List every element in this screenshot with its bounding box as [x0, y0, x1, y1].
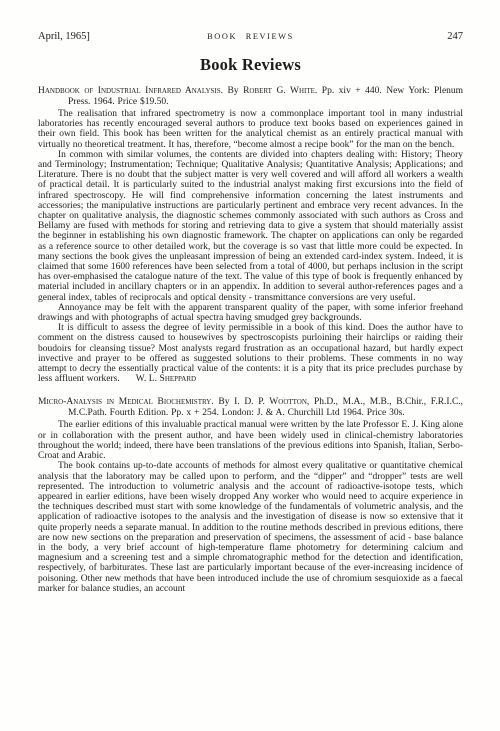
page-title: Book Reviews	[38, 55, 463, 75]
journal-page: April, 1965] BOOK REVIEWS 247 Book Revie…	[0, 0, 500, 731]
review-micro-analysis: Micro-Analysis in Medical Biochemistry. …	[38, 397, 463, 593]
review-paragraph: It is difficult to assess the degree of …	[38, 323, 463, 384]
review-paragraph: In common with similar volumes, the cont…	[38, 150, 463, 303]
byline-prefix: By	[228, 86, 239, 96]
review-infrared-handbook: Handbook of Industrial Infrared Analysis…	[38, 86, 463, 384]
header-issue-date: April, 1965]	[38, 31, 207, 43]
byline-prefix: By	[218, 397, 229, 407]
paragraph-text: It is difficult to assess the degree of …	[38, 323, 463, 384]
review-heading: Handbook of Industrial Infrared Analysis…	[38, 86, 463, 107]
running-header: April, 1965] BOOK REVIEWS 247	[38, 31, 463, 43]
review-paragraph: Annoyance may be felt with the apparent …	[38, 303, 463, 323]
header-page-number: 247	[294, 31, 463, 43]
review-paragraph: The book contains up-to-date accounts of…	[38, 461, 463, 594]
book-title: Handbook of Industrial Infrared Analysis…	[38, 86, 223, 96]
author-name: Robert G. White.	[243, 86, 317, 96]
review-paragraph: The earlier editions of this invaluable …	[38, 420, 463, 461]
review-heading: Micro-Analysis in Medical Biochemistry. …	[38, 397, 463, 418]
header-section-label: BOOK REVIEWS	[207, 31, 294, 43]
reviewer-signature: W. L. Sheppard	[120, 374, 196, 384]
author-name: I. D. P. Wootton,	[234, 397, 309, 407]
review-paragraph: The realisation that infrared spectromet…	[38, 109, 463, 150]
book-title: Micro-Analysis in Medical Biochemistry.	[38, 397, 214, 407]
